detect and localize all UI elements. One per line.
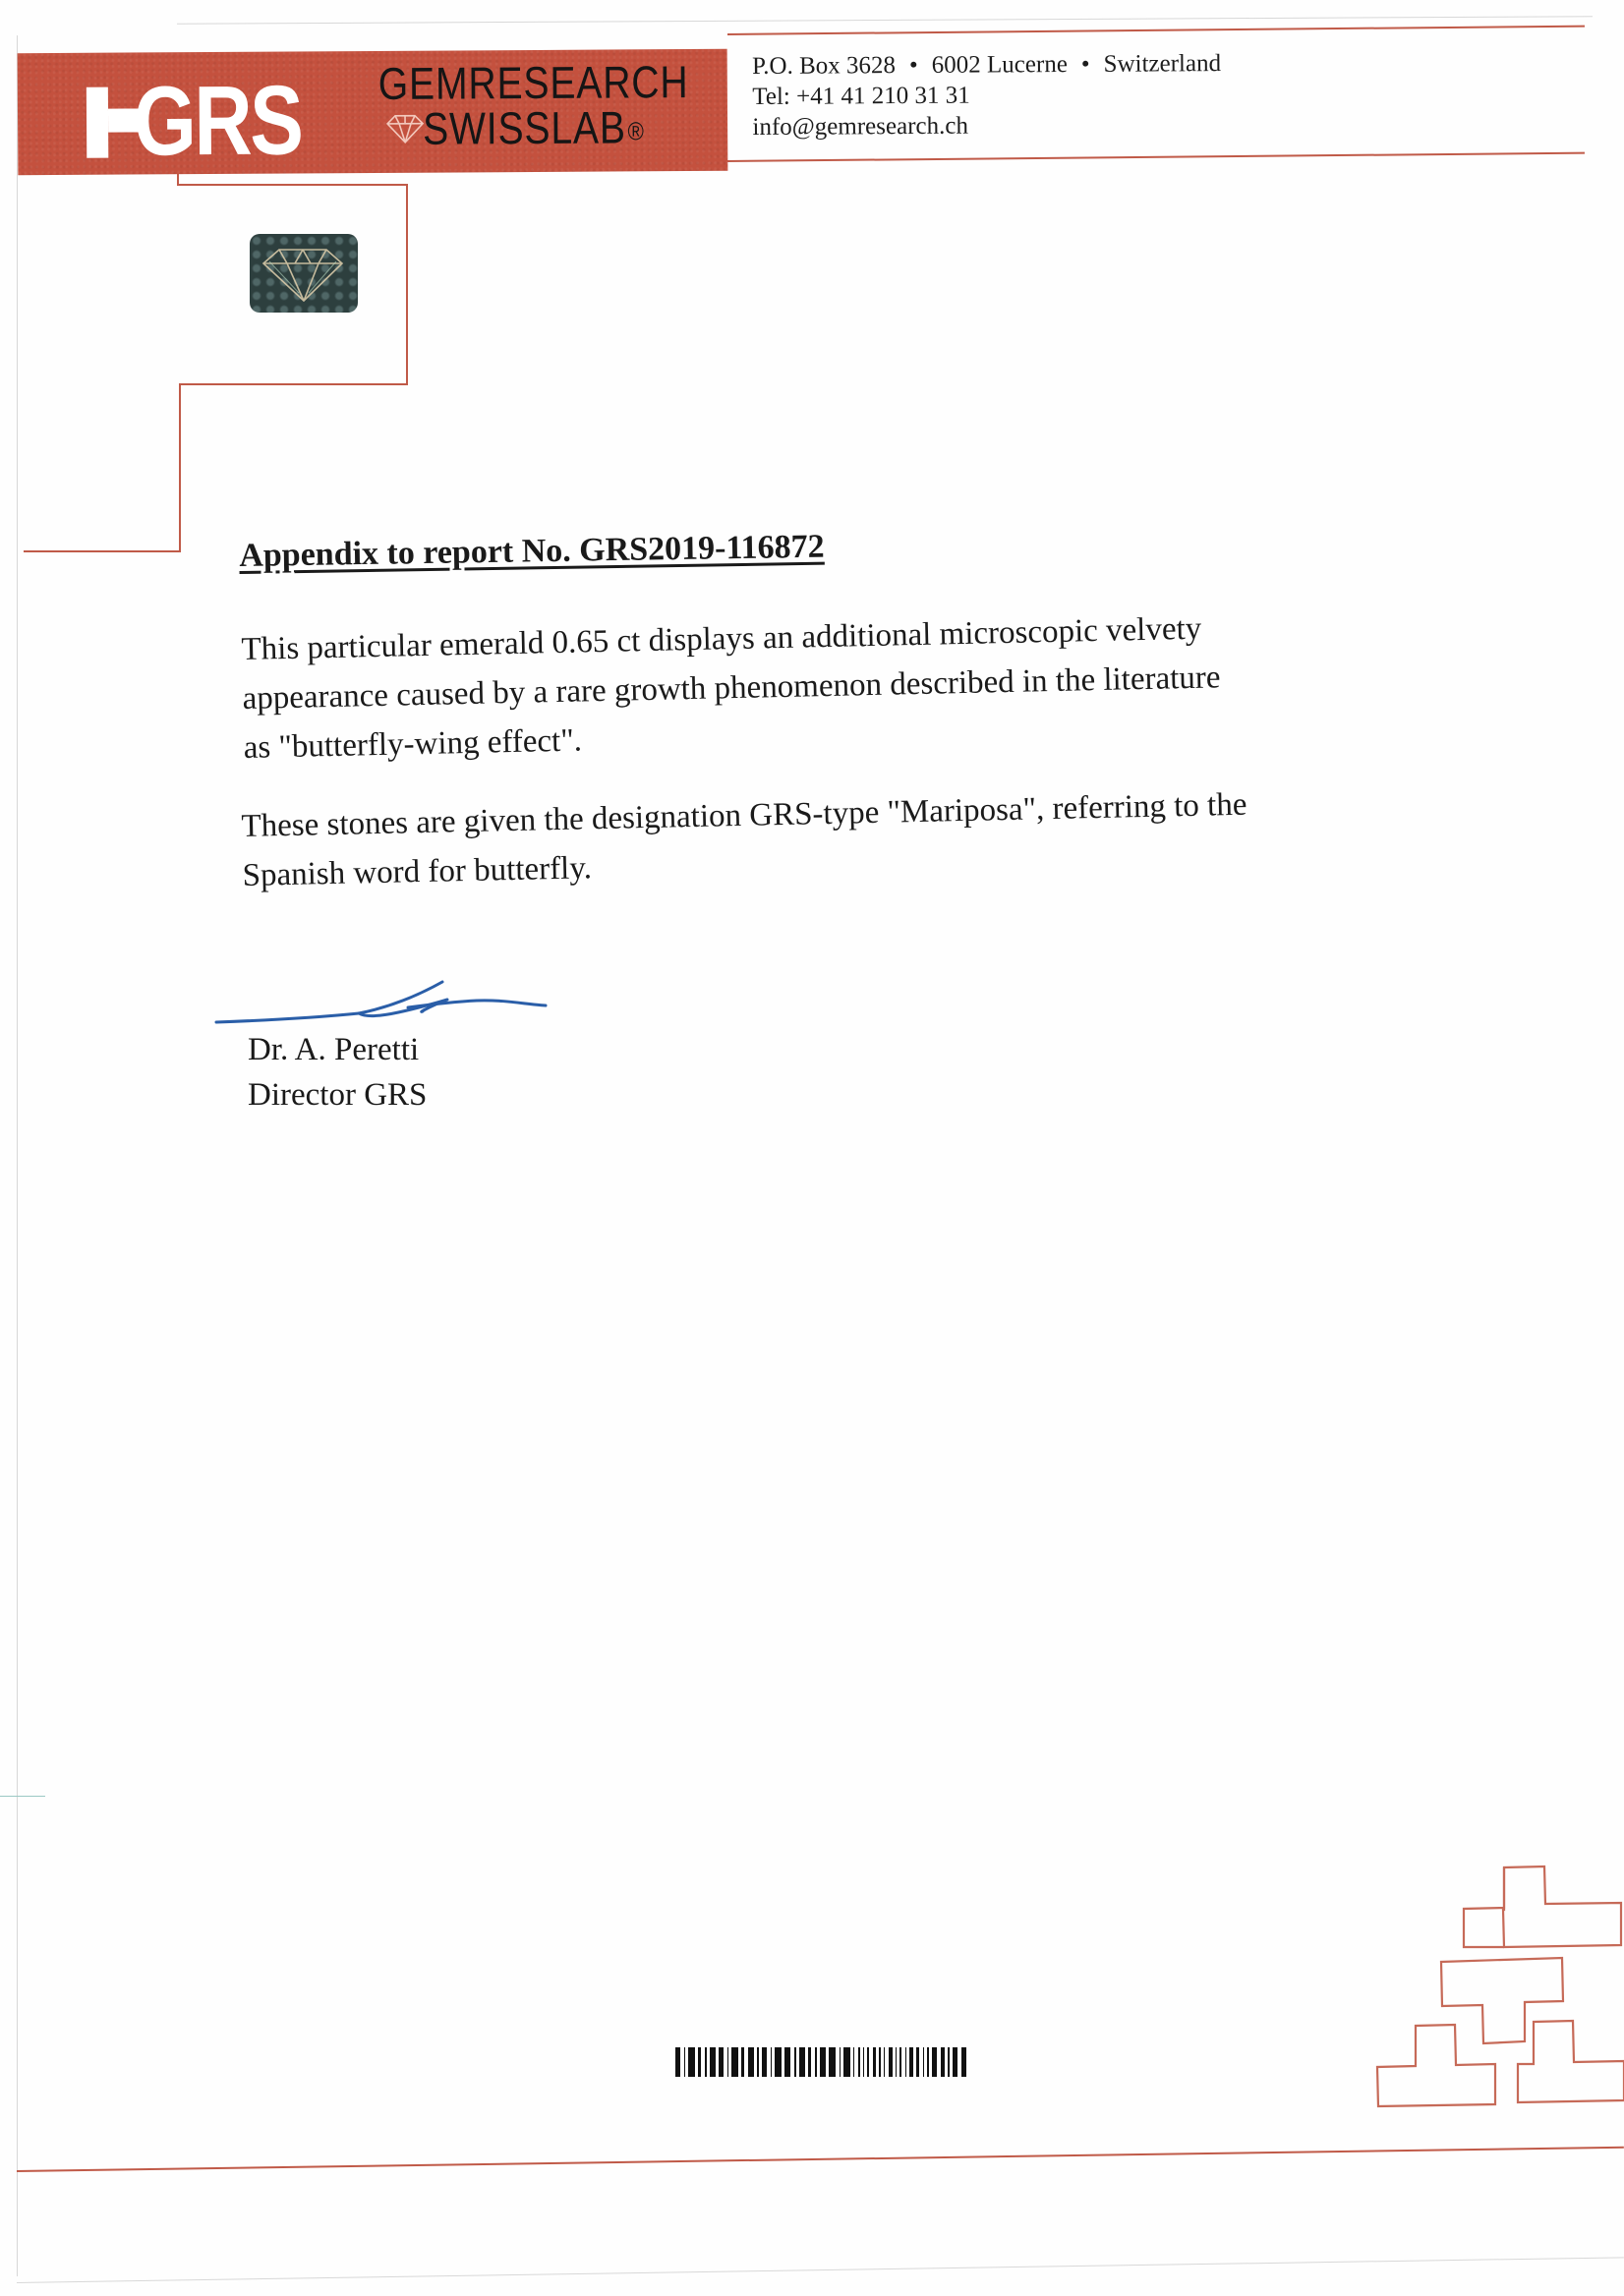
barcode-bar xyxy=(784,2047,790,2077)
contact-email[interactable]: info@gemresearch.ch xyxy=(752,109,1221,143)
barcode-bar xyxy=(748,2047,754,2077)
barcode-bar xyxy=(719,2047,724,2077)
document-barcode xyxy=(675,2047,969,2077)
frame-line-v2 xyxy=(406,184,408,384)
barcode-bar xyxy=(794,2047,796,2077)
barcode-bar xyxy=(840,2047,841,2077)
margin-mark xyxy=(0,1796,45,1797)
barcode-bar xyxy=(799,2047,805,2077)
barcode-bar xyxy=(884,2047,886,2077)
frame-line-footer xyxy=(17,2147,1624,2172)
contact-tel: Tel: +41 41 210 31 31 xyxy=(752,79,1221,112)
barcode-bar xyxy=(941,2047,946,2077)
page-left-edge xyxy=(17,35,18,2276)
barcode-bar xyxy=(688,2047,694,2077)
decorative-block-shapes xyxy=(1362,1863,1624,2118)
barcode-bar xyxy=(867,2047,869,2077)
frame-line-h2 xyxy=(179,383,408,385)
barcode-bar xyxy=(927,2047,929,2077)
barcode-bar xyxy=(863,2047,865,2077)
contact-city: 6002 Lucerne xyxy=(932,51,1068,79)
paragraph-designation: These stones are given the designation G… xyxy=(241,780,1248,900)
barcode-bar xyxy=(961,2047,966,2077)
page-bottom-edge xyxy=(17,2257,1624,2283)
barcode-bar xyxy=(741,2047,744,2077)
barcode-bar xyxy=(843,2047,849,2077)
signatory-name: Dr. A. Peretti xyxy=(248,1027,427,1072)
page-title: Appendix to report No. GRS2019-116872 xyxy=(239,529,825,575)
header-banner: GRS GEMRESEARCH SWISSLAB® xyxy=(18,49,728,175)
barcode-bar xyxy=(923,2047,925,2077)
barcode-bar xyxy=(705,2047,707,2077)
barcode-bar xyxy=(775,2047,781,2077)
barcode-bar xyxy=(899,2047,901,2077)
barcode-bar xyxy=(953,2047,957,2077)
barcode-bar xyxy=(879,2047,881,2077)
barcode-bar xyxy=(916,2047,919,2077)
contact-po-box: P.O. Box 3628 xyxy=(752,52,896,80)
separator-dot: • xyxy=(909,52,918,79)
brand-line-swisslab: SWISSLAB® xyxy=(423,104,645,150)
contact-block: P.O. Box 3628•6002 Lucerne•Switzerland T… xyxy=(752,48,1222,143)
barcode-bar xyxy=(731,2047,737,2077)
barcode-bar xyxy=(932,2047,937,2077)
barcode-bar xyxy=(684,2047,686,2077)
paragraph-description: This particular emerald 0.65 ct displays… xyxy=(241,603,1222,773)
brand-swisslab-text: SWISSLAB xyxy=(423,101,626,153)
barcode-bar xyxy=(948,2047,950,2077)
barcode-bar xyxy=(873,2047,876,2077)
frame-line-contact-bottom xyxy=(727,152,1585,162)
barcode-bar xyxy=(710,2047,716,2077)
signature xyxy=(211,968,551,1027)
separator-dot: • xyxy=(1081,51,1090,78)
barcode-bar xyxy=(853,2047,855,2077)
barcode-bar xyxy=(858,2047,860,2077)
barcode-bar xyxy=(808,2047,811,2077)
page-top-edge xyxy=(177,16,1593,25)
barcode-bar xyxy=(727,2047,729,2077)
diamond-icon xyxy=(383,112,427,145)
barcode-bar xyxy=(762,2047,767,2077)
barcode-bar xyxy=(675,2047,680,2077)
signatory-title: Director GRS xyxy=(248,1072,427,1118)
frame-line-h1 xyxy=(177,184,407,186)
contact-country: Switzerland xyxy=(1104,50,1222,78)
diamond-hologram-icon xyxy=(250,234,358,313)
frame-line-v3 xyxy=(179,383,181,550)
barcode-bar xyxy=(820,2047,826,2077)
contact-address-line: P.O. Box 3628•6002 Lucerne•Switzerland xyxy=(752,48,1221,82)
frame-line-h3 xyxy=(24,550,181,552)
signatory-block: Dr. A. Peretti Director GRS xyxy=(248,1027,427,1118)
barcode-bar xyxy=(896,2047,898,2077)
barcode-bar xyxy=(815,2047,817,2077)
barcode-bar xyxy=(829,2047,835,2077)
barcode-bar xyxy=(757,2047,759,2077)
barcode-bar xyxy=(889,2047,892,2077)
barcode-bar xyxy=(698,2047,701,2077)
barcode-bar xyxy=(909,2047,912,2077)
brand-line-gemresearch: GEMRESEARCH xyxy=(378,59,689,106)
grs-logo: GRS xyxy=(134,71,302,170)
registered-mark: ® xyxy=(627,116,644,145)
barcode-bar xyxy=(771,2047,773,2077)
barcode-bar xyxy=(905,2047,907,2077)
frame-line-top-right xyxy=(727,26,1585,35)
